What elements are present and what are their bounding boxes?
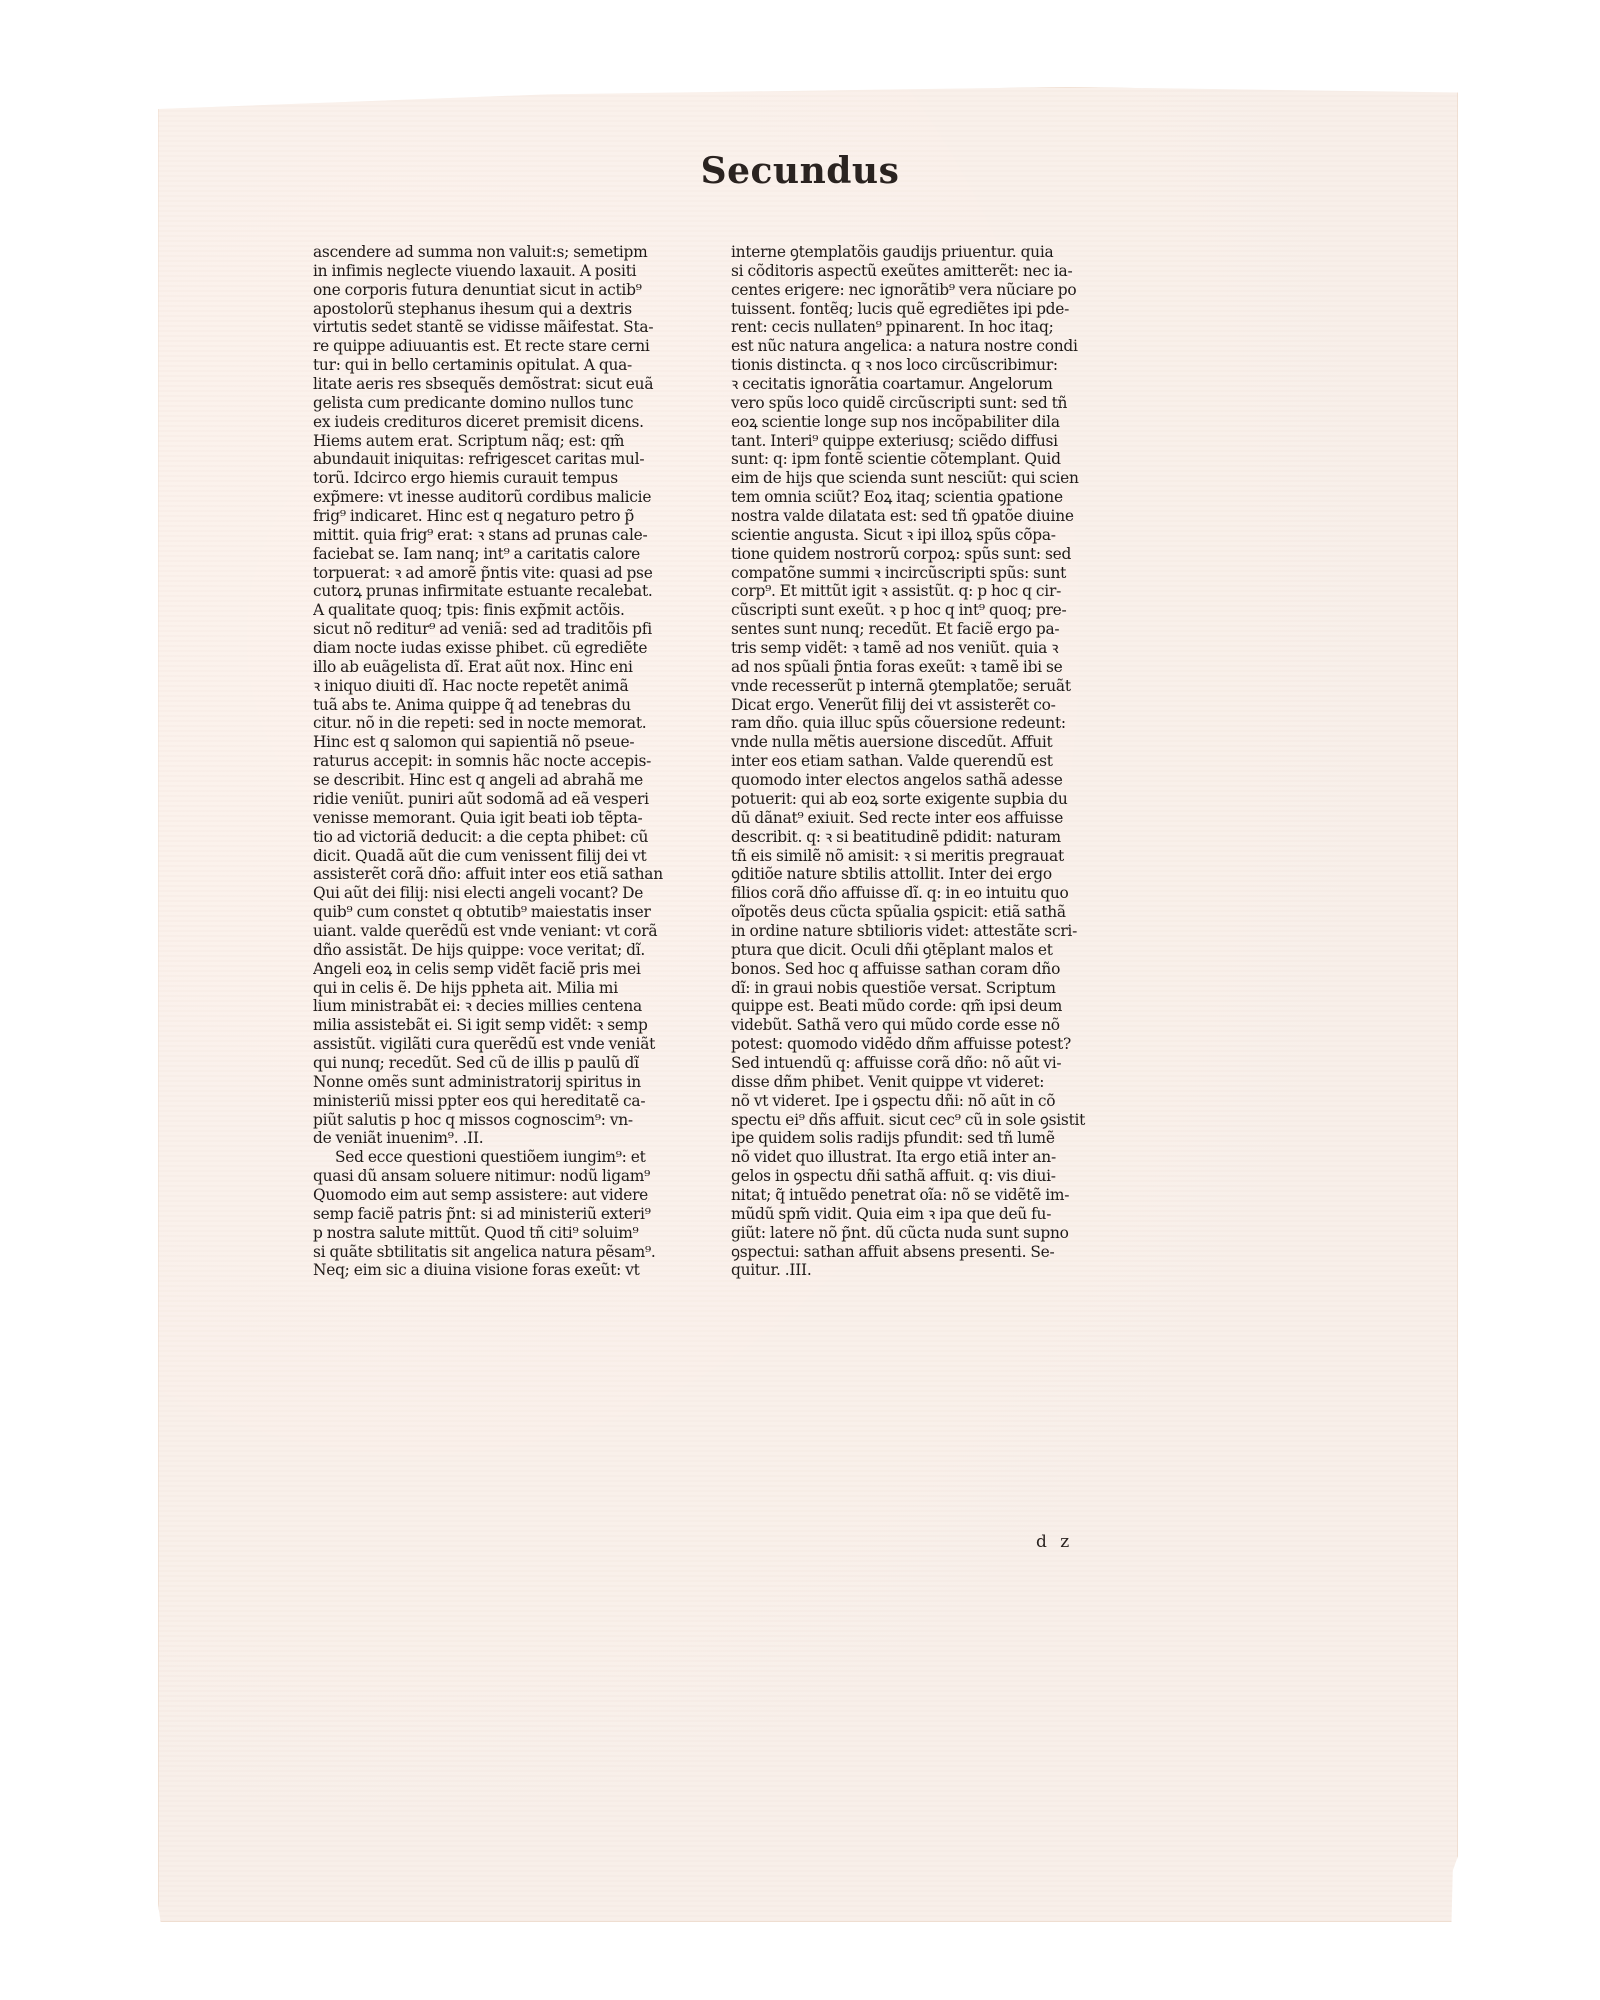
text-line: tuissent. fontẽq; lucis quẽ egrediẽtes i…	[731, 300, 1103, 319]
text-line: mittit. quia frig⁹ erat: ꝛ stans ad prun…	[313, 526, 685, 545]
text-line: ptura que dicit. Oculi dñi ꝯtẽplant malo…	[731, 941, 1103, 960]
text-line: ꝛ iniquo diuiti dĩ. Hac nocte repetẽt an…	[313, 677, 685, 696]
text-line: ex iudeis credituros diceret premisit di…	[313, 413, 685, 432]
text-line: potuerit: qui ab eoꝝ sorte exigente supb…	[731, 790, 1103, 809]
text-line: gelista cum predicante domino nullos tun…	[313, 394, 685, 413]
text-line: tñ eis similẽ nõ amisit: ꝛ si meritis pr…	[731, 847, 1103, 866]
text-line: in ordine nature sbtilioris videt: attes…	[731, 922, 1103, 941]
text-line: ascendere ad summa non valuit:s; semetip…	[313, 243, 685, 262]
text-line: vnde nulla mẽtis auersione discedũt. Aff…	[731, 733, 1103, 752]
text-line: litate aeris res sbsequẽs demõstrat: sic…	[313, 375, 685, 394]
text-line: tur: qui in bello certaminis opitulat. A…	[313, 356, 685, 375]
text-line: se describit. Hinc est q angeli ad abrah…	[313, 771, 685, 790]
text-line: tio ad victoriã deducit: a die cepta phi…	[313, 828, 685, 847]
text-line: venisse memorant. Quia igit beati iob tẽ…	[313, 809, 685, 828]
text-line: sunt: q: ipm fontẽ scientie cõtemplant. …	[731, 450, 1103, 469]
text-line: mũdũ spm̃ vidit. Quia eim ꝛ ipa que deũ …	[731, 1205, 1103, 1224]
text-line: tris semp vidẽt: ꝛ tamẽ ad nos veniũt. q…	[731, 639, 1103, 658]
text-line: Angeli eoꝝ in celis semp vidẽt faciẽ pri…	[313, 960, 685, 979]
text-line: scientie angusta. Sicut ꝛ ipi illoꝝ spũs…	[731, 526, 1103, 545]
text-line: exp̃mere: vt inesse auditorũ cordibus ma…	[313, 488, 685, 507]
text-line: sicut nõ reditur⁹ ad veniã: sed ad tradi…	[313, 620, 685, 639]
text-line: qui nunq; recedũt. Sed cũ de illis p pau…	[313, 1054, 685, 1073]
text-line: re quippe adiuuantis est. Et recte stare…	[313, 337, 685, 356]
text-line: Hiems autem erat. Scriptum nãq; est: qm̃	[313, 432, 685, 451]
text-line: one corporis futura denuntiat sicut in a…	[313, 281, 685, 300]
text-line: Qui aũt dei filij: nisi electi angeli vo…	[313, 884, 685, 903]
text-line: raturus accepit: in somnis hãc nocte acc…	[313, 752, 685, 771]
text-line: assistũt. vigilãti cura querẽdũ est vnde…	[313, 1035, 685, 1054]
right-text-column: interne ꝯtemplatõis gaudijs priuentur. q…	[731, 243, 1103, 1280]
text-line: eim de hijs que scienda sunt nesciũt: qu…	[731, 469, 1103, 488]
text-line: ꝯditiõe nature sbtilis attollit. Inter d…	[731, 865, 1103, 884]
text-line: illo ab euãgelista dĩ. Erat aũt nox. Hin…	[313, 658, 685, 677]
text-line: vero spũs loco quidẽ circũscripti sunt: …	[731, 394, 1103, 413]
text-line: rent: cecis nullaten⁹ ppinarent. In hoc …	[731, 318, 1103, 337]
text-line: Sed intuendũ q: affuisse corã dño: nõ aũ…	[731, 1054, 1103, 1073]
text-line: gelos in ꝯspectu dñi sathã affuit. q: vi…	[731, 1167, 1103, 1186]
text-line: tem omnia sciũt? Eoꝝ itaq; scientia ꝯpat…	[731, 488, 1103, 507]
text-line: si cõditoris aspectũ exeũtes amitterẽt: …	[731, 262, 1103, 281]
text-line: Sed ecce questioni questiõem iungim⁹: et	[313, 1148, 685, 1167]
text-line: dño assistãt. De hijs quippe: voce verit…	[313, 941, 685, 960]
text-line: quib⁹ cum constet q obtutib⁹ maiestatis …	[313, 903, 685, 922]
text-line: est nũc natura angelica: a natura nostre…	[731, 337, 1103, 356]
text-line: giũt: latere nõ p̃nt. dũ cũcta nuda sunt…	[731, 1224, 1103, 1243]
text-line: Hinc est q salomon qui sapientiã nõ pseu…	[313, 733, 685, 752]
scan-background: Secundus ascendere ad summa non valuit:s…	[0, 0, 1600, 2000]
text-line: tuã abs te. Anima quippe q̃ ad tenebras …	[313, 696, 685, 715]
text-line: lium ministrabãt ei: ꝛ decies millies ce…	[313, 997, 685, 1016]
text-line: qui in celis ẽ. De hijs ppheta ait. Mili…	[313, 979, 685, 998]
text-line: cũscripti sunt exeũt. ꝛ p hoc q int⁹ quo…	[731, 601, 1103, 620]
text-line: tant. Interi⁹ quippe exteriusq; sciẽdo d…	[731, 432, 1103, 451]
text-line: nõ vt videret. Ipe i ꝯspectu dñi: nõ aũt…	[731, 1092, 1103, 1111]
text-line: tionis distincta. q ꝛ nos loco circũscri…	[731, 356, 1103, 375]
text-line: dũ dãnat⁹ exiuit. Sed recte inter eos af…	[731, 809, 1103, 828]
text-line: Neq; eim sic a diuina visione foras exeũ…	[313, 1261, 685, 1280]
text-line: quomodo inter electos angelos sathã ades…	[731, 771, 1103, 790]
text-line: apostolorũ stephanus ihesum qui a dextri…	[313, 300, 685, 319]
text-line: uiant. valde querẽdũ est vnde veniant: v…	[313, 922, 685, 941]
text-line: in infimis neglecte viuendo laxauit. A p…	[313, 262, 685, 281]
text-line: frig⁹ indicaret. Hinc est q negaturo pet…	[313, 507, 685, 526]
text-line: ram dño. quia illuc spũs cõuersione rede…	[731, 714, 1103, 733]
text-line: cutorꝝ prunas infirmitate estuante recal…	[313, 582, 685, 601]
text-line: milia assistebãt ei. Si igit semp vidẽt:…	[313, 1016, 685, 1035]
text-line: filios corã dño affuisse dĩ. q: in eo in…	[731, 884, 1103, 903]
text-line: citur. nõ in die repeti: sed in nocte me…	[313, 714, 685, 733]
text-line: piũt salutis p hoc q missos cognoscim⁹: …	[313, 1111, 685, 1130]
text-line: corp⁹. Et mittũt igit ꝛ assistũt. q: p h…	[731, 582, 1103, 601]
text-line: Dicat ergo. Venerũt filij dei vt assiste…	[731, 696, 1103, 715]
text-line: abundauit iniquitas: refrigescet caritas…	[313, 450, 685, 469]
text-line: si quãte sbtilitatis sit angelica natura…	[313, 1243, 685, 1262]
text-line: disse dñm phibet. Venit quippe vt videre…	[731, 1073, 1103, 1092]
text-line: interne ꝯtemplatõis gaudijs priuentur. q…	[731, 243, 1103, 262]
text-line: ꝯspectui: sathan affuit absens presenti.…	[731, 1243, 1103, 1262]
text-line: dicit. Quadã aũt die cum venissent filij…	[313, 847, 685, 866]
text-line: Nonne omẽs sunt administratorij spiritus…	[313, 1073, 685, 1092]
running-head: Secundus	[0, 150, 1600, 192]
text-line: compatõne summi ꝛ incircũscripti spũs: s…	[731, 564, 1103, 583]
text-line: semp faciẽ patris p̃nt: si ad ministeriũ…	[313, 1205, 685, 1224]
text-line: assisterẽt corã dño: affuit inter eos et…	[313, 865, 685, 884]
text-line: Quomodo eim aut semp assistere: aut vide…	[313, 1186, 685, 1205]
text-line: tione quidem nostrorũ corpoꝝ: spũs sunt:…	[731, 545, 1103, 564]
text-line: quasi dũ ansam soluere nitimur: nodũ lig…	[313, 1167, 685, 1186]
text-line: ipe quidem solis radijs pfundit: sed tñ …	[731, 1129, 1103, 1148]
text-line: ministeriũ missi ppter eos qui hereditat…	[313, 1092, 685, 1111]
text-line: bonos. Sed hoc q affuisse sathan coram d…	[731, 960, 1103, 979]
signature-mark: d z	[1036, 1532, 1073, 1552]
text-line: A qualitate quoq; tpis: finis exp̃mit ac…	[313, 601, 685, 620]
text-line: vnde recesserũt p internã ꝯtemplatõe; se…	[731, 677, 1103, 696]
text-line: p nostra salute mittũt. Quod tñ citi⁹ so…	[313, 1224, 685, 1243]
text-line: quippe est. Beati mũdo corde: qm̃ ipsi d…	[731, 997, 1103, 1016]
text-line: centes erigere: nec ignorãtib⁹ vera nũci…	[731, 281, 1103, 300]
text-line: nostra valde dilatata est: sed tñ ꝯpatõe…	[731, 507, 1103, 526]
text-line: ad nos spũali p̃ntia foras exeũt: ꝛ tamẽ…	[731, 658, 1103, 677]
text-line: torũ. Idcirco ergo hiemis curauit tempus	[313, 469, 685, 488]
left-text-column: ascendere ad summa non valuit:s; semetip…	[313, 243, 685, 1280]
text-line: videbũt. Sathã vero qui mũdo corde esse …	[731, 1016, 1103, 1035]
text-line: describit. q: ꝛ si beatitudinẽ pdidit: n…	[731, 828, 1103, 847]
text-line: de veniãt inuenim⁹. .II.	[313, 1129, 685, 1148]
text-line: virtutis sedet stantẽ se vidisse mãifest…	[313, 318, 685, 337]
text-line: nitat; q̃ intuẽdo penetrat oĩa: nõ se vi…	[731, 1186, 1103, 1205]
text-line: eoꝝ scientie longe sup nos incõpabiliter…	[731, 413, 1103, 432]
text-line: dĩ: in graui nobis questiõe versat. Scri…	[731, 979, 1103, 998]
text-line: quitur. .III.	[731, 1261, 1103, 1280]
text-line: inter eos etiam sathan. Valde querendũ e…	[731, 752, 1103, 771]
text-line: ridie veniũt. puniri aũt sodomã ad eã ve…	[313, 790, 685, 809]
text-line: ꝛ cecitatis ignorãtia coartamur. Angelor…	[731, 375, 1103, 394]
text-line: torpuerat: ꝛ ad amorẽ p̃ntis vite: quasi…	[313, 564, 685, 583]
text-line: diam nocte iudas exisse phibet. cũ egred…	[313, 639, 685, 658]
text-line: sentes sunt nunq; recedũt. Et faciẽ ergo…	[731, 620, 1103, 639]
text-line: potest: quomodo vidẽdo dñm affuisse pote…	[731, 1035, 1103, 1054]
text-line: oĩpotẽs deus cũcta spũalia ꝯspicit: etiã…	[731, 903, 1103, 922]
text-line: spectu ei⁹ dñs affuit. sicut cec⁹ cũ in …	[731, 1111, 1103, 1130]
text-line: faciebat se. Iam nanq; int⁹ a caritatis …	[313, 545, 685, 564]
text-line: nõ videt quo illustrat. Ita ergo etiã in…	[731, 1148, 1103, 1167]
